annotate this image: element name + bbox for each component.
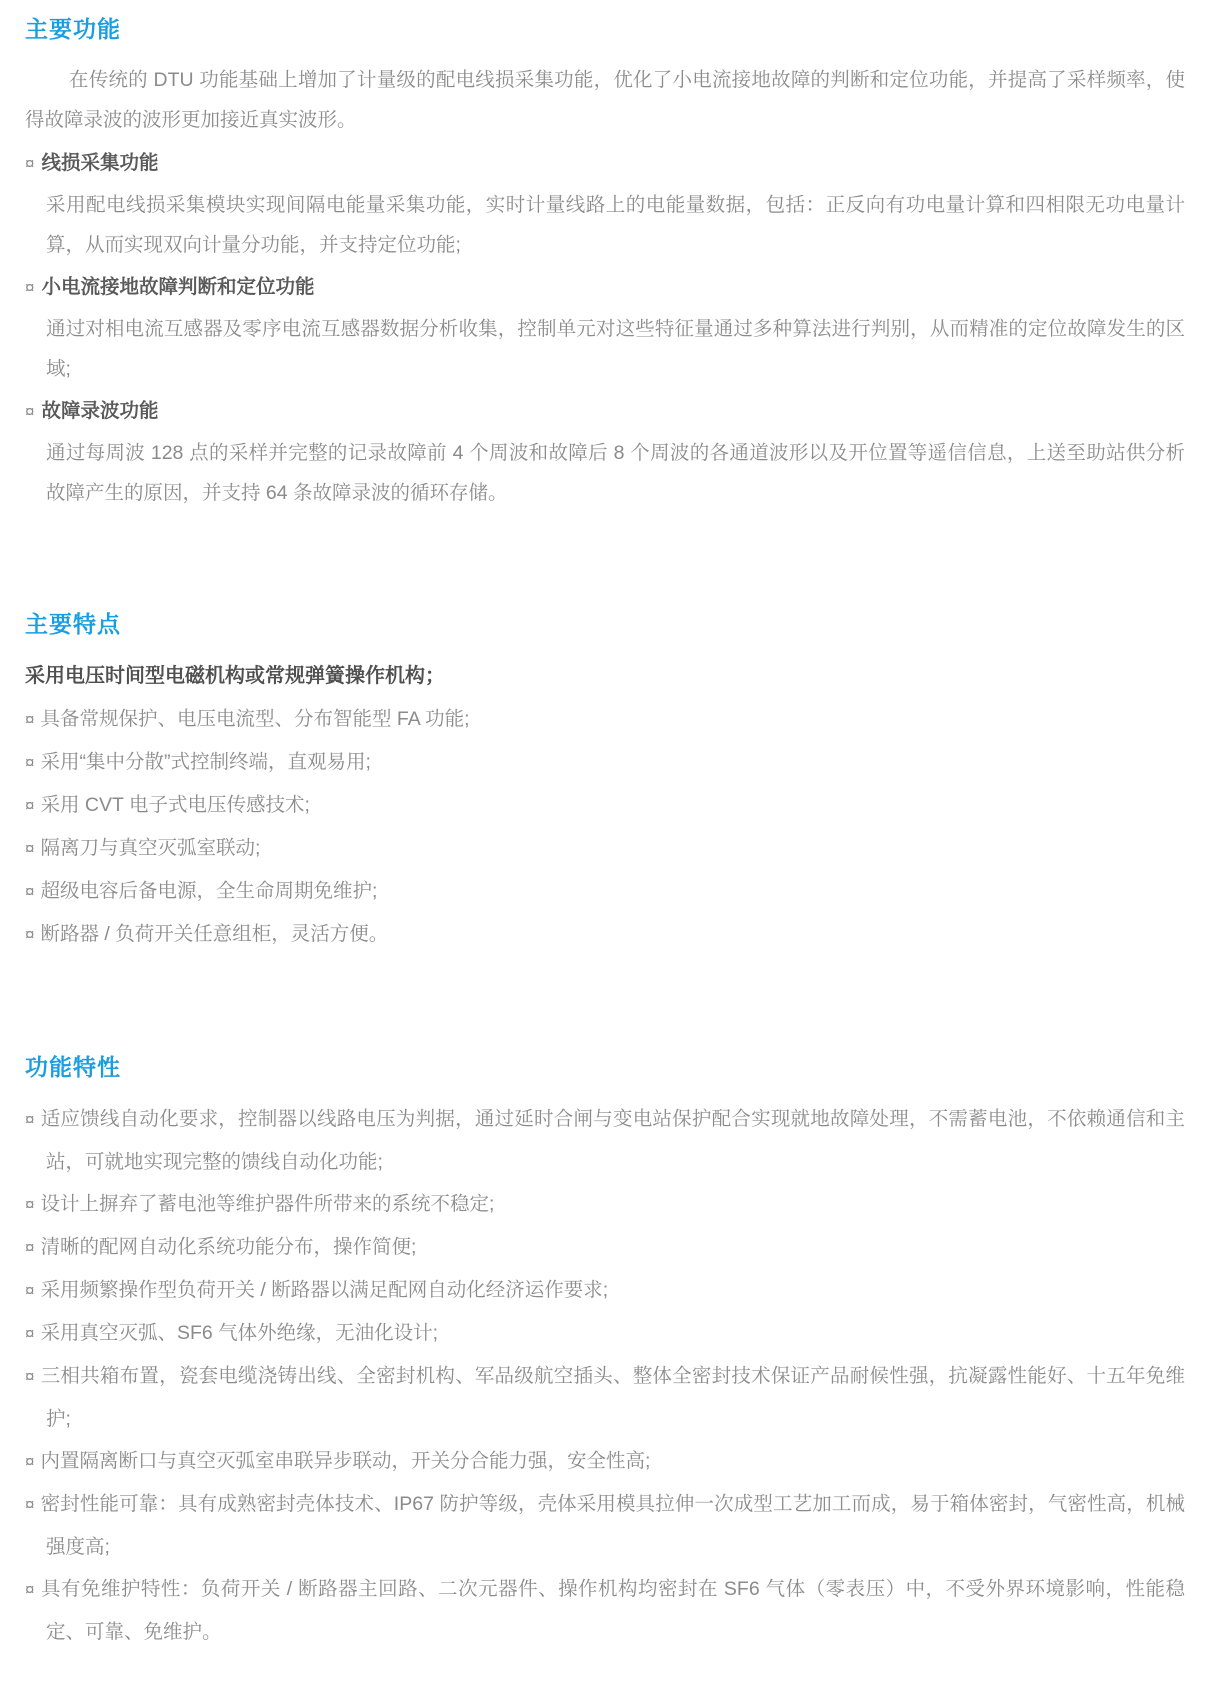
bullet-icon: ¤ [25, 1281, 34, 1300]
sub-heading-text: 线损采集功能 [41, 152, 158, 174]
section-title-main-functions: 主要功能 [25, 14, 1185, 44]
bullet-icon: ¤ [25, 1580, 34, 1599]
list-item: ¤密封性能可靠：具有成熟密封壳体技术、IP67 防护等级，壳体采用模具拉伸一次成… [25, 1483, 1185, 1568]
list-item: ¤适应馈线自动化要求，控制器以线路电压为判据，通过延时合闸与变电站保护配合实现就… [25, 1098, 1185, 1183]
list-item: ¤具备常规保护、电压电流型、分布智能型 FA 功能; [25, 698, 1185, 741]
section-title-function-characteristics: 功能特性 [25, 1052, 1185, 1082]
bullet-icon: ¤ [25, 839, 34, 858]
list-item: ¤采用“集中分散”式控制终端，直观易用; [25, 741, 1185, 784]
sub-body-ground-fault: 通过对相电流互感器及零序电流互感器数据分析收集，控制单元对这些特征量通过多种算法… [46, 309, 1185, 389]
bullet-icon: ¤ [25, 1495, 34, 1514]
list-item-text: 隔离刀与真空灭弧室联动; [40, 837, 260, 859]
list-item: ¤隔离刀与真空灭弧室联动; [25, 827, 1185, 870]
function-characteristics-list: ¤适应馈线自动化要求，控制器以线路电压为判据，通过延时合闸与变电站保护配合实现就… [25, 1098, 1185, 1653]
bullet-icon: ¤ [25, 882, 34, 901]
bullet-icon: ¤ [25, 796, 34, 815]
list-item: ¤清晰的配网自动化系统功能分布，操作简便; [25, 1226, 1185, 1269]
list-item-text: 清晰的配网自动化系统功能分布，操作简便; [40, 1236, 416, 1258]
bullet-icon: ¤ [25, 1110, 34, 1129]
section-main-functions: 主要功能 在传统的 DTU 功能基础上增加了计量级的配电线损采集功能，优化了小电… [25, 14, 1185, 513]
list-item-text: 断路器 / 负荷开关任意组柜，灵活方便。 [40, 923, 388, 945]
list-item-text: 密封性能可靠：具有成熟密封壳体技术、IP67 防护等级，壳体采用模具拉伸一次成型… [40, 1493, 1185, 1558]
document-page: 主要功能 在传统的 DTU 功能基础上增加了计量级的配电线损采集功能，优化了小电… [0, 0, 1212, 1683]
list-item-text: 采用真空灭弧、SF6 气体外绝缘，无油化设计; [40, 1322, 438, 1344]
list-item-text: 具有免维护特性：负荷开关 / 断路器主回路、二次元器件、操作机构均密封在 SF6… [40, 1578, 1185, 1643]
sub-heading-line-loss: ¤线损采集功能 [25, 142, 1185, 185]
bullet-icon: ¤ [25, 1324, 34, 1343]
sub-heading-fault-recording: ¤故障录波功能 [25, 390, 1185, 433]
list-item-text: 超级电容后备电源，全生命周期免维护; [40, 880, 377, 902]
bullet-icon: ¤ [25, 278, 34, 297]
section-function-characteristics: 功能特性 ¤适应馈线自动化要求，控制器以线路电压为判据，通过延时合闸与变电站保护… [25, 1052, 1185, 1653]
list-item-text: 采用“集中分散”式控制终端，直观易用; [40, 751, 370, 773]
list-item: ¤具有免维护特性：负荷开关 / 断路器主回路、二次元器件、操作机构均密封在 SF… [25, 1568, 1185, 1653]
bullet-icon: ¤ [25, 154, 34, 173]
list-item-text: 内置隔离断口与真空灭弧室串联异步联动，开关分合能力强，安全性高; [40, 1450, 650, 1472]
list-item: ¤断路器 / 负荷开关任意组柜，灵活方便。 [25, 913, 1185, 956]
sub-heading-ground-fault: ¤小电流接地故障判断和定位功能 [25, 266, 1185, 309]
main-features-list: ¤具备常规保护、电压电流型、分布智能型 FA 功能; ¤采用“集中分散”式控制终… [25, 698, 1185, 956]
bullet-icon: ¤ [25, 925, 34, 944]
sub-heading-text: 故障录波功能 [41, 400, 158, 422]
sub-body-fault-recording: 通过每周波 128 点的采样并完整的记录故障前 4 个周波和故障后 8 个周波的… [46, 433, 1185, 513]
list-item-text: 适应馈线自动化要求，控制器以线路电压为判据，通过延时合闸与变电站保护配合实现就地… [40, 1108, 1185, 1173]
bullet-icon: ¤ [25, 753, 34, 772]
bullet-icon: ¤ [25, 1195, 34, 1214]
sub-body-line-loss: 采用配电线损采集模块实现间隔电能量采集功能，实时计量线路上的电能量数据，包括：正… [46, 185, 1185, 265]
list-item: ¤采用 CVT 电子式电压传感技术; [25, 784, 1185, 827]
list-item-text: 采用频繁操作型负荷开关 / 断路器以满足配网自动化经济运作要求; [40, 1279, 608, 1301]
section-main-features: 主要特点 采用电压时间型电磁机构或常规弹簧操作机构； ¤具备常规保护、电压电流型… [25, 609, 1185, 956]
list-item-text: 设计上摒弃了蓄电池等维护器件所带来的系统不稳定; [40, 1193, 494, 1215]
list-item: ¤三相共箱布置，瓷套电缆浇铸出线、全密封机构、军品级航空插头、整体全密封技术保证… [25, 1355, 1185, 1440]
list-item: ¤超级电容后备电源，全生命周期免维护; [25, 870, 1185, 913]
list-item-text: 具备常规保护、电压电流型、分布智能型 FA 功能; [40, 708, 469, 730]
list-item-text: 采用 CVT 电子式电压传感技术; [40, 794, 309, 816]
list-item: ¤采用真空灭弧、SF6 气体外绝缘，无油化设计; [25, 1312, 1185, 1355]
bullet-icon: ¤ [25, 1238, 34, 1257]
sub-heading-text: 小电流接地故障判断和定位功能 [41, 276, 314, 298]
list-item-text: 三相共箱布置，瓷套电缆浇铸出线、全密封机构、军品级航空插头、整体全密封技术保证产… [40, 1365, 1185, 1430]
bullet-icon: ¤ [25, 1367, 34, 1386]
bullet-icon: ¤ [25, 402, 34, 421]
list-item: ¤设计上摒弃了蓄电池等维护器件所带来的系统不稳定; [25, 1183, 1185, 1226]
bullet-icon: ¤ [25, 1452, 34, 1471]
main-functions-intro: 在传统的 DTU 功能基础上增加了计量级的配电线损采集功能，优化了小电流接地故障… [25, 60, 1185, 140]
main-features-lead: 采用电压时间型电磁机构或常规弹簧操作机构； [25, 655, 1185, 697]
bullet-icon: ¤ [25, 710, 34, 729]
list-item: ¤内置隔离断口与真空灭弧室串联异步联动，开关分合能力强，安全性高; [25, 1440, 1185, 1483]
list-item: ¤采用频繁操作型负荷开关 / 断路器以满足配网自动化经济运作要求; [25, 1269, 1185, 1312]
section-title-main-features: 主要特点 [25, 609, 1185, 639]
